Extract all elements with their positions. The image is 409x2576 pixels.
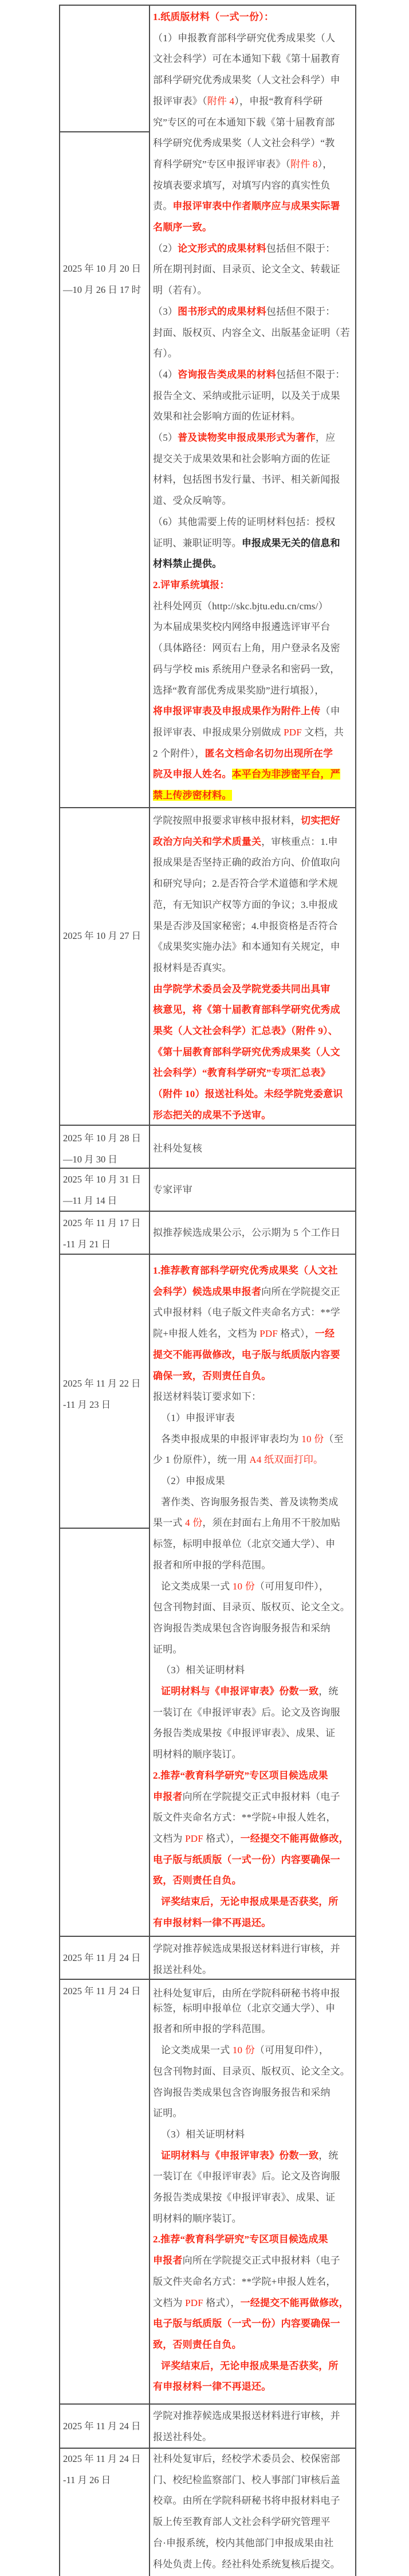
text-line: 评奖结束后，无论申报成果是否获奖，所 [153, 1892, 355, 1913]
content-cell: 专家评审 [149, 1169, 356, 1211]
date-line: -11 月 21 日 [59, 1234, 149, 1255]
date-cell: 2025 年 10 月 27 日 [59, 808, 149, 1125]
text-segment: 包含刊物封面、目录页、版权页、论文全文。 [153, 1602, 350, 1612]
date-line: —11 月 14 日 [59, 1191, 149, 1212]
date-line: 2025 年 10 月 28 日 [59, 1128, 149, 1149]
text-segment: 社会科学）“教育科学研究”专项汇总表》 [153, 1067, 331, 1078]
date-cell-divider-line [59, 131, 149, 132]
text-line: 报成果是否坚持正确的政治方向、价值取向 [153, 852, 355, 874]
text-segment: 《成果奖实施办法》和本通知有关规定，申 [153, 941, 340, 952]
text-segment: 选择“教育部优秀成果奖励”进行填报）， [153, 685, 324, 696]
table-row-9: 2025 年 11 月 24 日 学院对推荐候选成果报送材料进行审核，并报送社科… [59, 2403, 356, 2448]
text-segment: 明（若有）。 [153, 285, 207, 296]
text-segment: 式申报材料（电子版文件夹命名方式：**学 [153, 1307, 340, 1318]
text-segment: 咨询报告类成果的材料 [178, 369, 276, 380]
text-segment: 一经提交不能再做修改， [241, 1833, 349, 1844]
text-line: 文社会科学）可在本通知下载《第十届教育 [153, 49, 355, 70]
date-cell: 2025 年 11 月 24 日 [59, 1980, 149, 2403]
text-segment: 材料禁止提供。 [153, 558, 222, 569]
text-segment: 咨询报告类成果包含咨询服务报告和采纳 [153, 1623, 331, 1634]
date-line: —10 月 26 日 17 时 [59, 280, 149, 301]
text-segment: ，统 [318, 2150, 338, 2161]
text-segment: 按填表要求填写，对填写内容的真实性负 [153, 180, 331, 191]
text-segment: 文社会科学）可在本通知下载《第十届教育 [153, 53, 340, 64]
notice-document-page: 2025 年 10 月 20 日—10 月 26 日 17 时 1.纸质版材料（… [0, 0, 409, 2576]
text-line: 式申报材料（电子版文件夹命名方式：**学 [153, 1302, 355, 1324]
date-cell: 2025 年 10 月 31 日—11 月 14 日 [59, 1169, 149, 1211]
text-segment: 报者和所申报的学科范围。 [153, 1560, 271, 1571]
text-segment: 报者和所申报的学科范围。 [153, 2023, 271, 2034]
date-line: -11 月 23 日 [59, 1395, 149, 1416]
text-segment: 禁上传涉密材料。 [153, 790, 232, 801]
text-segment: 学院对推荐候选成果报送材料进行审核，并 [153, 1943, 340, 1954]
text-line: 由学院学术委员会及学院党委共同出具审 [153, 979, 355, 1000]
text-segment: 果一式 [153, 1517, 185, 1528]
text-line: 选择“教育部优秀成果奖励”进行填报）， [153, 680, 355, 702]
text-segment: 报送社科处。 [153, 2432, 212, 2442]
text-segment: 本平台为非涉密平台，严 [232, 769, 340, 780]
date-line: 2025 年 11 月 24 日 [59, 2416, 149, 2437]
date-line: 2025 年 10 月 27 日 [59, 926, 149, 947]
text-segment: 申报评审表中作者顺序应与成果实际署 [172, 201, 340, 212]
text-segment: 评奖结束后，无论申报成果是否获奖，所 [161, 2360, 339, 2371]
text-segment: （申 [320, 706, 340, 717]
text-segment: 务报告类成果按《申报评审表》、成果、证 [153, 2192, 335, 2203]
text-segment: ）， [318, 159, 333, 170]
date-cell: 2025 年 10 月 20 日—10 月 26 日 17 时 [59, 6, 149, 807]
text-line: 一装订在《申报评审表》后。论文及咨询服 [153, 2166, 355, 2187]
text-segment: 校章。由所在学院科研秘书将申报材料电子 [153, 2495, 340, 2506]
text-segment: 证明材料与《申报评审表》份数一致 [161, 1686, 318, 1697]
text-segment: 匿名文档命名切勿出现所在学 [205, 748, 333, 759]
text-segment: 究”专区的可在本通知下载《第十届教育部 [153, 117, 335, 128]
date-line: —10 月 30 日 [59, 1149, 149, 1170]
text-line: 学院对推荐候选成果报送材料进行审核，并 [153, 2406, 355, 2427]
date-line: 2025 年 11 月 24 日 [59, 1948, 149, 1969]
text-segment: 将申报评审表及申报成果作为附件上传 [153, 706, 320, 717]
text-line: 证明材料与《申报评审表》份数一致，统 [153, 1681, 355, 1702]
text-segment: 明材料的顺序装订。 [153, 2213, 242, 2224]
text-segment: 包括但不限于： [266, 306, 335, 317]
text-line: 评奖结束后，无论申报成果是否获奖，所 [153, 2356, 355, 2377]
text-segment: 评奖结束后，无论申报成果是否获奖，所 [161, 1896, 339, 1907]
text-segment: 形态把关的成果不予送审。 [153, 1110, 271, 1121]
text-line: 致，否则责任自负。 [153, 2335, 355, 2356]
text-line: 证明材料与《申报评审表》份数一致，统 [153, 2146, 355, 2167]
text-segment: 明材料的顺序装订。 [153, 1749, 242, 1760]
table-row-10: 2025 年 11 月 24 日-11 月 26 日 社科处复审后，经校学术委员… [59, 2448, 356, 2576]
text-line: 2.推荐“教育科学研究”专区项目候选成果 [153, 2229, 355, 2250]
text-line: 咨询报告类成果包含咨询服务报告和采纳 [153, 2082, 355, 2104]
text-segment: PDF [185, 2297, 203, 2308]
text-line: 提交不能再做修改，电子版与纸质版内容要 [153, 1345, 355, 1366]
text-line: 名顺序一致。 [153, 217, 355, 238]
text-segment: 文档，共 [302, 727, 344, 738]
text-segment: 核意见，将《第十届教育部科学研究优秀成 [153, 1004, 340, 1015]
text-line: 报评审表》（附件 4），申报“教育科学研 [153, 91, 355, 112]
text-line: 按填表要求填写，对填写内容的真实性负 [153, 175, 355, 197]
text-segment: 一经 [315, 1328, 335, 1339]
text-segment: 版文件夹命名方式：**学院+申报人姓名， [153, 1812, 336, 1823]
text-line: 和研究导向；2.是否符合学术道德和学术规 [153, 874, 355, 895]
text-line: 果是否涉及国家秘密；4.申报资格是否符合 [153, 916, 355, 937]
table-row-2: 2025 年 10 月 27 日 学院按照申报要求审核申报材料，切实把好政治方向… [59, 807, 356, 1125]
text-line: 申报者向所在学院提交正式申报材料（电子 [153, 1787, 355, 1808]
text-segment: 附件 4 [207, 96, 235, 107]
text-line: 果一式 4 份，须在封面右上角用不干胶加贴 [153, 1513, 355, 1534]
text-line: （2）申报成果 [153, 1471, 355, 1492]
text-segment: ，须在封面右上角用不干胶加贴 [202, 1517, 340, 1528]
text-segment: 咨询报告类成果包含咨询服务报告和采纳 [153, 2087, 331, 2098]
text-segment: 社科处复核 [153, 1143, 202, 1154]
text-segment: 论文形式的成果材料 [178, 243, 266, 254]
content-cell: 社科处复审后，由所在学院科研秘书将申报标签，标明申报单位（北京交通大学）、申报者… [149, 1980, 356, 2403]
text-segment: 部科学研究优秀成果奖（人文社会科学）申 [153, 75, 340, 85]
text-segment: 院及申报人姓名。 [153, 769, 232, 780]
text-segment: 标签，标明申报单位（北京交通大学）、申 [153, 2003, 335, 2014]
text-line: 封面、版权页、内容全文、出版基金证明（若 [153, 323, 355, 344]
text-segment: 有申报材料一律不再退还。 [153, 1917, 271, 1928]
text-line: 报告全文、采纳或批示证明，以及关于成果 [153, 386, 355, 407]
text-segment: 向所在学院提交正式申报材料（电子 [183, 2255, 340, 2266]
text-segment: 一经提交不能再做修改， [241, 2297, 349, 2308]
text-segment: 2.评审系统填报： [153, 580, 230, 590]
text-segment: 提交关于成果效果和社会影响方面的佐证 [153, 453, 331, 464]
text-segment: PDF [284, 727, 302, 738]
text-line: （6）其他需要上传的证明材料包括：授权 [153, 512, 355, 533]
text-line: 版文件夹命名方式：**学院+申报人姓名， [153, 1807, 355, 1829]
text-segment: 版上传至教育部人文社会科学研究管理平 [153, 2516, 331, 2527]
text-segment: 学院对推荐候选成果报送材料进行审核，并 [153, 2410, 340, 2421]
text-segment: （6）其他需要上传的证明材料包括：授权 [153, 516, 335, 527]
text-line: 台·申报系统，校内其他部门申报成果由社 [153, 2533, 355, 2554]
text-line: 部科学研究优秀成果奖（人文社会科学）申 [153, 70, 355, 91]
text-segment: （3）相关证明材料 [161, 2129, 245, 2140]
text-segment: 标签，标明申报单位（北京交通大学）、申 [153, 1538, 335, 1549]
text-segment: （2） [153, 243, 178, 254]
text-line: 文档为 PDF 格式），一经提交不能再做修改， [153, 1829, 355, 1850]
text-segment: （1）申报评审表 [161, 1412, 235, 1423]
text-segment: 专家评审 [153, 1184, 192, 1195]
text-line: 明材料的顺序装订。 [153, 2209, 355, 2230]
text-segment: 格式）， [203, 1833, 241, 1844]
text-line: 务报告类成果按《申报评审表》、成果、证 [153, 1723, 355, 1744]
date-line: 2025 年 11 月 24 日 [59, 2449, 149, 2470]
text-line: 证明。 [153, 1639, 355, 1661]
text-line: 报送社科处。 [153, 2427, 355, 2448]
text-segment: 《第十届教育部科学研究优秀成果奖（人文 [153, 1047, 340, 1058]
text-segment: 一装订在《申报评审表》后。论文及咨询服 [153, 1707, 340, 1718]
text-segment: ，应 [316, 432, 335, 443]
date-line: 2025 年 11 月 17 日 [59, 1213, 149, 1234]
text-segment: 论文类成果一式 [161, 1581, 233, 1592]
text-line: 效果和社会影响方面的佐证材料。 [153, 406, 355, 428]
text-line: 形态把关的成果不予送审。 [153, 1105, 355, 1126]
text-segment: ，审核重点：1.申 [261, 836, 338, 847]
text-segment: （1）申报教育部科学研究优秀成果奖（人 [153, 33, 335, 44]
text-segment: 社科处复审后，由所在学院科研秘书将申报 [153, 1988, 340, 1999]
text-line: 院+申报人姓名，文档为 PDF 格式），一经 [153, 1324, 355, 1345]
content-cell: 学院对推荐候选成果报送材料进行审核，并报送社科处。 [149, 2405, 356, 2448]
table-row-7: 2025 年 11 月 24 日 学院对推荐候选成果报送材料进行审核，并报送社科… [59, 1936, 356, 1979]
text-segment: 科学研究优秀成果奖（人文社会科学）“教 [153, 138, 335, 148]
text-line: 论文类成果一式 10 份（可用复印件）， [153, 2040, 355, 2061]
text-line: 申报者向所在学院提交正式申报材料（电子 [153, 2250, 355, 2272]
text-line: （3）相关证明材料 [153, 1660, 355, 1681]
text-line: 材料禁止提供。 [153, 554, 355, 575]
text-line: 学院对推荐候选成果报送材料进行审核，并 [153, 1939, 355, 1960]
table-row-4: 2025 年 10 月 31 日—11 月 14 日 专家评审 [59, 1168, 356, 1211]
text-segment: 证明。 [153, 1644, 183, 1655]
text-line: 社科处复审后，经校学术委员会、校保密部 [153, 2449, 355, 2470]
text-segment: PDF [185, 1833, 203, 1844]
text-segment: （3）相关证明材料 [161, 1665, 245, 1675]
text-segment: 一装订在《申报评审表》后。论文及咨询服 [153, 2171, 340, 2182]
text-line: 核意见，将《第十届教育部科学研究优秀成 [153, 1000, 355, 1021]
text-segment: 政治方向关和学术质量关 [153, 836, 261, 847]
text-segment: 文档为 [153, 1833, 185, 1844]
text-segment: 社科处复审后，经校学术委员会、校保密部 [153, 2453, 340, 2464]
text-line: 果奖（人文社会科学）汇总表》（附件 9）、 [153, 1021, 355, 1042]
text-segment: （至 [324, 1434, 343, 1444]
text-line: （3）相关证明材料 [153, 2124, 355, 2146]
text-segment: 电子版与纸质版（一式一份）内容要确保一 [153, 2318, 340, 2329]
text-segment: 图书形式的成果材料 [178, 306, 266, 317]
text-line: 将申报评审表及申报成果作为附件上传（申 [153, 701, 355, 722]
text-segment: 和研究导向；2.是否符合学术道德和学术规 [153, 878, 338, 889]
text-segment: （5） [153, 432, 178, 443]
text-line: （1）申报评审表 [153, 1408, 355, 1429]
text-segment: 著作类、咨询服务报告类、普及读物类成 [161, 1497, 339, 1508]
text-segment: 范，有无知识产权等方面的争议；3.申报成 [153, 899, 338, 910]
text-segment: 向所在学院提交正 [261, 1286, 340, 1297]
text-line: 《第十届教育部科学研究优秀成果奖（人文 [153, 1042, 355, 1063]
text-line: 包含刊物封面、目录页、版权页、论文全文。 [153, 1597, 355, 1618]
text-line: 版上传至教育部人文社会科学研究管理平 [153, 2512, 355, 2533]
text-line: （4）咨询报告类成果的材料包括但不限于： [153, 365, 355, 386]
text-segment: 报成果是否坚持正确的政治方向、价值取向 [153, 857, 340, 868]
text-line: 明（若有）。 [153, 280, 355, 302]
text-segment: 向所在学院提交正式申报材料（电子 [183, 1791, 340, 1802]
text-line: 报者和所申报的学科范围。 [153, 1555, 355, 1576]
date-cell: 2025 年 10 月 28 日—10 月 30 日 [59, 1126, 149, 1168]
text-segment: 附件 8 [290, 159, 318, 170]
text-segment: 各类申报成果的申报评审表均为 [161, 1434, 301, 1444]
text-segment: 拟推荐候选成果公示，公示期为 5 个工作日 [153, 1227, 340, 1238]
text-line: 确保一致，否则责任自负。 [153, 1366, 355, 1387]
date-line: 2025 年 10 月 20 日 [59, 259, 149, 280]
text-segment: 报告全文、采纳或批示证明，以及关于成果 [153, 390, 340, 401]
date-line: -11 月 26 日 [59, 2470, 149, 2491]
text-line: 社科处网页（http://skc.bjtu.edu.cn/cms/） [153, 596, 355, 617]
text-line: 范，有无知识产权等方面的争议；3.申报成 [153, 895, 355, 916]
text-segment: 论文类成果一式 [161, 2045, 233, 2056]
text-segment: （可用复印件）， [255, 2045, 329, 2056]
text-line: 包含刊物封面、目录页、版权页、论文全文。 [153, 2061, 355, 2082]
text-segment: 由学院学术委员会及学院党委共同出具审 [153, 984, 331, 995]
text-segment: 报材料是否真实。 [153, 962, 232, 973]
text-segment: 申报者 [153, 2255, 183, 2266]
text-line: 证明。 [153, 2103, 355, 2124]
text-segment: 务报告类成果按《申报评审表》、成果、证 [153, 1728, 335, 1739]
text-segment: 所在期刊封面、目录页、论文全文、转载证 [153, 264, 340, 275]
text-segment: 报评审表》（ [153, 96, 207, 107]
text-segment: 10 份 [233, 2045, 255, 2056]
text-segment: 报评审表、申报成果分别做成 [153, 727, 284, 738]
text-segment: （具体路径：网页右上角，用户登录名及密 [153, 643, 340, 653]
text-segment: 封面、版权页、内容全文、出版基金证明（若 [153, 327, 350, 338]
text-line: （1）申报教育部科学研究优秀成果奖（人 [153, 28, 355, 49]
text-segment: PDF [259, 1328, 278, 1339]
text-line: 材料，包括图书发行量、书评、相关新闻报 [153, 469, 355, 491]
table-row-8: 2025 年 11 月 24 日 社科处复审后，由所在学院科研秘书将申报标签，标… [59, 1979, 356, 2403]
text-segment: 10 份 [233, 1581, 255, 1592]
text-segment: 少 1 份原件），统一用 [153, 1454, 249, 1465]
text-line: 院及申报人姓名。本平台为非涉密平台，严 [153, 764, 355, 785]
text-segment: 2.推荐“教育科学研究”专区项目候选成果 [153, 2234, 328, 2245]
text-line: 科处负责上传。经社科处系统复核后提交。 [153, 2554, 355, 2575]
text-segment: 院+申报人姓名，文档为 [153, 1328, 259, 1339]
text-segment: 责。 [153, 201, 172, 212]
text-line: 所在期刊封面、目录页、论文全文、转载证 [153, 259, 355, 280]
text-segment: 果是否涉及国家秘密；4.申报资格是否符合 [153, 921, 338, 931]
text-line: （5）普及读物奖申报成果形式为著作，应 [153, 428, 355, 449]
text-segment: 育科学研究”专区申报评审表》（ [153, 159, 290, 170]
text-line: 著作类、咨询服务报告类、普及读物类成 [153, 1492, 355, 1513]
text-line: 文档为 PDF 格式），一经提交不能再做修改， [153, 2293, 355, 2314]
text-line: 报材料是否真实。 [153, 958, 355, 979]
text-line: 提交关于成果效果和社会影响方面的佐证 [153, 449, 355, 470]
text-line: 拟推荐候选成果公示，公示期为 5 个工作日 [153, 1223, 355, 1244]
text-line: 少 1 份原件），统一用 A4 纸双面打印。 [153, 1450, 355, 1471]
date-cell: 2025 年 11 月 24 日 [59, 2405, 149, 2448]
text-line: 2.推荐“教育科学研究”专区项目候选成果 [153, 1765, 355, 1787]
text-line: 电子版与纸质版（一式一份）内容要确保一 [153, 2313, 355, 2335]
text-segment: 为本届成果奖校内网络申报遴选评审平台 [153, 621, 331, 632]
text-segment: 有）。 [153, 348, 178, 359]
text-segment: 包括但不限于： [276, 369, 345, 380]
text-segment: 2 个附件）， [153, 748, 205, 759]
text-line: 门、校纪检监察部门、校人事部门审核后盖 [153, 2470, 355, 2491]
text-segment: 证明。 [153, 2108, 183, 2119]
text-segment: 4 份 [185, 1517, 202, 1528]
text-segment: （可用复印件）， [255, 1581, 329, 1592]
text-line: 学院按照申报要求审核申报材料，切实把好 [153, 811, 355, 832]
date-line: 2025 年 11 月 24 日 [59, 1981, 149, 2002]
text-line: 1.推荐教育部科学研究优秀成果奖（人文社 [153, 1260, 355, 1282]
text-segment: 申报者 [153, 1791, 183, 1802]
text-line: 科学研究优秀成果奖（人文社会科学）“教 [153, 133, 355, 154]
text-line: （3）图书形式的成果材料包括但不限于： [153, 302, 355, 323]
text-segment: 普及读物奖申报成果形式为著作 [178, 432, 316, 443]
text-segment: （附件 10）报送社科处。未经学院党委意识 [153, 1089, 343, 1099]
table-row-3: 2025 年 10 月 28 日—10 月 30 日 社科处复核 [59, 1125, 356, 1168]
content-cell: 学院按照申报要求审核申报材料，切实把好政治方向关和学术质量关，审核重点：1.申报… [149, 808, 356, 1125]
content-cell: 学院对推荐候选成果报送材料进行审核，并报送社科处。 [149, 1937, 356, 1979]
text-segment: 格式）， [278, 1328, 315, 1339]
text-segment: （2）申报成果 [161, 1475, 225, 1486]
text-line: （附件 10）报送社科处。未经学院党委意识 [153, 1084, 355, 1105]
text-line: 标签，标明申报单位（北京交通大学）、申 [153, 1534, 355, 1555]
text-segment: 科处负责上传。经社科处系统复核后提交。 [153, 2559, 340, 2570]
date-cell: 2025 年 11 月 22 日-11 月 23 日 [59, 1255, 149, 1936]
text-segment: ，统 [318, 1686, 338, 1697]
text-line: 报送材料装订要求如下： [153, 1387, 355, 1408]
text-line: 责。申报评审表中作者顺序应与成果实际署 [153, 196, 355, 217]
text-segment: 报送社科处。 [153, 1964, 212, 1975]
date-line: 2025 年 11 月 22 日 [59, 1373, 149, 1395]
text-line: 版文件夹命名方式：**学院+申报人姓名， [153, 2272, 355, 2293]
text-segment: 版文件夹命名方式：**学院+申报人姓名， [153, 2276, 336, 2287]
text-segment: 报送材料装订要求如下： [153, 1391, 261, 1402]
text-segment: 包括但不限于： [266, 243, 335, 254]
text-segment: 码与学校 mis 系统用户登录名和密码一致， [153, 664, 340, 675]
text-segment: 切实把好 [301, 815, 340, 826]
text-segment: 电子版与纸质版（一式一份）内容要确保一 [153, 1854, 340, 1865]
text-segment: 学院按照申报要求审核申报材料， [153, 815, 301, 826]
content-cell: 1.推荐教育部科学研究优秀成果奖（人文社会科学）候选成果申报者向所在学院提交正式… [149, 1255, 356, 1936]
text-line: 论文类成果一式 10 份（可用复印件）， [153, 1576, 355, 1598]
text-segment: 致，否则责任自负。 [153, 2339, 242, 2350]
table-row-6: 2025 年 11 月 22 日-11 月 23 日 1.推荐教育部科学研究优秀… [59, 1254, 356, 1936]
text-segment: 证明材料与《申报评审表》份数一致 [161, 2150, 318, 2161]
text-segment: 提交不能再做修改，电子版与纸质版内容要 [153, 1349, 340, 1360]
text-line: 会科学）候选成果申报者向所在学院提交正 [153, 1282, 355, 1303]
text-line: 一装订在《申报评审表》后。论文及咨询服 [153, 1702, 355, 1724]
text-line: 《成果奖实施办法》和本通知有关规定，申 [153, 937, 355, 958]
text-line: 有申报材料一律不再退还。 [153, 2377, 355, 2398]
text-line: 有）。 [153, 343, 355, 365]
text-segment: 有申报材料一律不再退还。 [153, 2381, 271, 2392]
date-line: 2025 年 10 月 31 日 [59, 1169, 149, 1191]
text-segment: 包含刊物封面、目录页、版权页、论文全文。 [153, 2066, 350, 2077]
text-line: 专家评审 [153, 1180, 355, 1201]
text-line: 明材料的顺序装订。 [153, 1744, 355, 1765]
text-line: 报者和所申报的学科范围。 [153, 2019, 355, 2040]
text-segment: 2.推荐“教育科学研究”专区项目候选成果 [153, 1770, 328, 1781]
text-line: 政治方向关和学术质量关，审核重点：1.申 [153, 832, 355, 853]
text-line: （2）论文形式的成果材料包括但不限于： [153, 238, 355, 260]
text-line: 报送社科处。 [153, 1960, 355, 1981]
text-segment: 文档为 [153, 2297, 185, 2308]
text-segment: 申报成果无关的信息和 [242, 538, 340, 549]
text-line: 有申报材料一律不再退还。 [153, 1913, 355, 1934]
text-segment: 10 份 [301, 1434, 324, 1444]
content-cell: 社科处复核 [149, 1126, 356, 1168]
text-line: 道、受众反响等。 [153, 491, 355, 512]
text-segment: 果奖（人文社会科学）汇总表》（附件 9）、 [153, 1025, 338, 1036]
text-segment: A4 纸双面打印。 [249, 1454, 323, 1465]
text-line: 证明、兼职证明等。申报成果无关的信息和 [153, 533, 355, 554]
date-cell: 2025 年 11 月 24 日-11 月 26 日 [59, 2449, 149, 2576]
content-cell: 1.纸质版材料（一式一份）：（1）申报教育部科学研究优秀成果奖（人文社会科学）可… [149, 6, 356, 807]
text-line: 为本届成果奖校内网络申报遴选评审平台 [153, 617, 355, 638]
text-line: 校章。由所在学院科研秘书将申报材料电子 [153, 2491, 355, 2512]
text-line: 码与学校 mis 系统用户登录名和密码一致， [153, 659, 355, 680]
text-line: 社科处复核 [153, 1138, 355, 1160]
text-line: 电子版与纸质版（一式一份）内容要确保一 [153, 1850, 355, 1871]
text-segment: 证明、兼职证明等。 [153, 538, 242, 549]
text-line: 致，否则责任自负。 [153, 1870, 355, 1892]
text-line: 标签，标明申报单位（北京交通大学）、申 [153, 1998, 355, 2019]
table-row-5: 2025 年 11 月 17 日-11 月 21 日 拟推荐候选成果公示，公示期… [59, 1211, 356, 1254]
text-line: 报评审表、申报成果分别做成 PDF 文档，共 [153, 722, 355, 743]
text-line: 各类申报成果的申报评审表均为 10 份（至 [153, 1429, 355, 1450]
text-segment: 格式）， [203, 2297, 241, 2308]
text-segment: 门、校纪检监察部门、校人事部门审核后盖 [153, 2475, 340, 2485]
text-segment: 1.推荐教育部科学研究优秀成果奖（人文社 [153, 1265, 338, 1276]
text-segment: 名顺序一致。 [153, 222, 212, 233]
